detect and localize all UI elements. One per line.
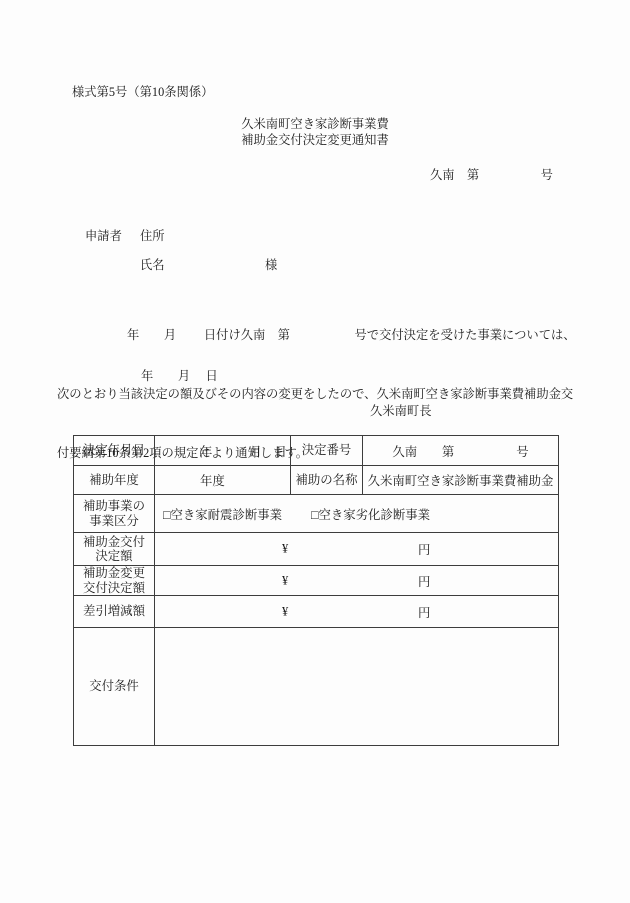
grant-amount-label-line2: 決定額 (74, 549, 154, 564)
category-options-cell: □空き家耐震診断事業□空き家劣化診断事業 (155, 495, 559, 533)
changed-amount-label-line1: 補助金変更 (74, 566, 154, 581)
yen-unit: 円 (418, 603, 430, 621)
decision-date-value: 年 月 日 (155, 436, 291, 466)
category-option-seismic: 空き家耐震診断事業 (170, 508, 282, 522)
document-page: { "header": { "form_number": "様式第5号（第10条… (0, 0, 630, 903)
grant-decision-table: 決定年月日 年 月 日 決定番号 久南 第 号 補助年度 年度 補助の名称 久米… (73, 435, 559, 746)
yen-unit: 円 (418, 572, 430, 590)
category-label-line1: 補助事業の (74, 499, 154, 514)
yen-unit: 円 (418, 540, 430, 558)
decision-number-value: 久南 第 号 (363, 436, 559, 466)
fiscal-year-value: 年度 (155, 466, 291, 495)
applicant-honorific: 様 (265, 255, 277, 273)
conditions-label: 交付条件 (74, 628, 155, 746)
subsidy-name-label: 補助の名称 (291, 466, 363, 495)
decision-date-label: 決定年月日 (74, 436, 155, 466)
category-label-line2: 事業区分 (74, 514, 154, 529)
conditions-value-cell (155, 628, 559, 746)
document-title: 久米南町空き家診断事業費補助金交付決定変更通知書 (0, 116, 630, 148)
table-row-conditions: 交付条件 (74, 628, 559, 746)
difference-value-cell: ¥円 (155, 596, 559, 628)
applicant-label: 申請者 (85, 226, 122, 244)
yen-symbol: ¥ (282, 542, 288, 557)
decision-number-label: 決定番号 (291, 436, 363, 466)
document-number: 久南 第 号 (430, 165, 553, 183)
mayor-signature: 久米南町長 (370, 401, 432, 419)
fiscal-year-label: 補助年度 (74, 466, 155, 495)
body-line-2: 次のとおり当該決定の額及びその内容の変更をしたので、久米南町空き家診断事業費補助… (57, 385, 577, 405)
category-label: 補助事業の事業区分 (74, 495, 155, 533)
table-row-difference: 差引増減額 ¥円 (74, 596, 559, 628)
subsidy-name-value: 久米南町空き家診断事業費補助金 (363, 466, 559, 495)
issue-date-line: 年 月 日 (141, 366, 218, 384)
document-title-line2: 補助金交付決定変更通知書 (0, 132, 630, 148)
yen-symbol: ¥ (282, 604, 288, 619)
document-title-line1: 久米南町空き家診断事業費 (0, 116, 630, 132)
grant-amount-label-line1: 補助金交付 (74, 535, 154, 550)
yen-symbol: ¥ (282, 573, 288, 588)
applicant-address-label: 住所 (140, 226, 165, 244)
applicant-name-label: 氏名 (140, 255, 165, 273)
changed-amount-value-cell: ¥円 (155, 566, 559, 596)
changed-amount-label: 補助金変更交付決定額 (74, 566, 155, 596)
changed-amount-label-line2: 交付決定額 (74, 581, 154, 596)
table-row-grant-amount: 補助金交付決定額 ¥円 (74, 533, 559, 566)
table-row-fiscal-year: 補助年度 年度 補助の名称 久米南町空き家診断事業費補助金 (74, 466, 559, 495)
difference-label: 差引増減額 (74, 596, 155, 628)
category-option-deterioration: 空き家劣化診断事業 (318, 508, 430, 522)
table-row-changed-amount: 補助金変更交付決定額 ¥円 (74, 566, 559, 596)
form-number: 様式第5号（第10条関係） (72, 82, 213, 100)
grant-amount-value-cell: ¥円 (155, 533, 559, 566)
table-row-decision-date: 決定年月日 年 月 日 決定番号 久南 第 号 (74, 436, 559, 466)
table-row-category: 補助事業の事業区分 □空き家耐震診断事業□空き家劣化診断事業 (74, 495, 559, 533)
grant-amount-label: 補助金交付決定額 (74, 533, 155, 566)
body-line-1: 年 月 日付け久南 第 号で交付決定を受けた事業については、 (57, 326, 577, 346)
